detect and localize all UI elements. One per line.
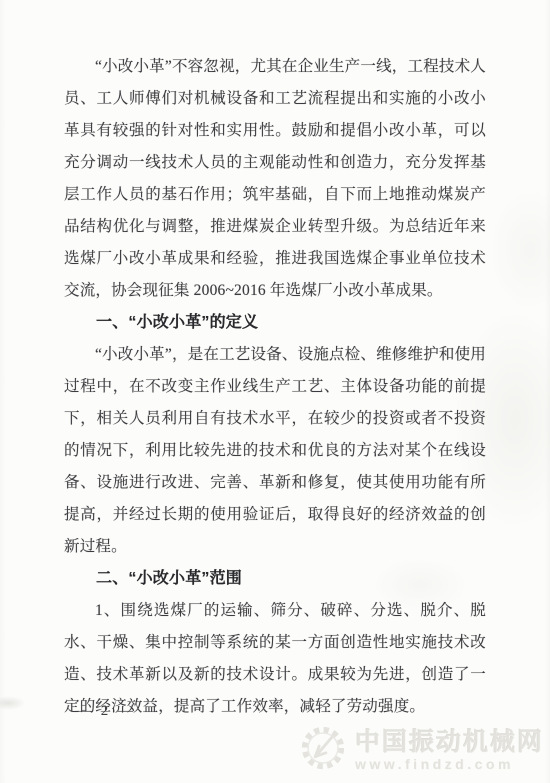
- section-heading-scope: 二、“小改小革”范围: [64, 563, 486, 595]
- paragraph-definition: “小改小革”，是在工艺设备、设施点检、维修维护和使用过程中，在不改变主作业线生产…: [64, 339, 486, 563]
- page-number: — 2 —: [76, 703, 136, 720]
- document-body: “小改小革”不容忽视，尤其在企业生产一线，工程技术人员、工人师傅们对机械设备和工…: [64, 51, 486, 723]
- gear-arrow-logo-icon: [297, 722, 349, 779]
- section-heading-definition: 一、“小改小革”的定义: [64, 307, 486, 339]
- watermark-text: 中国振动机械网 www.findzd.com: [355, 729, 544, 772]
- watermark: 中国振动机械网 www.findzd.com: [297, 722, 544, 779]
- watermark-site-url: www.findzd.com: [355, 757, 544, 772]
- paragraph-intro: “小改小革”不容忽视，尤其在企业生产一线，工程技术人员、工人师傅们对机械设备和工…: [64, 51, 486, 307]
- watermark-site-name: 中国振动机械网: [355, 729, 544, 755]
